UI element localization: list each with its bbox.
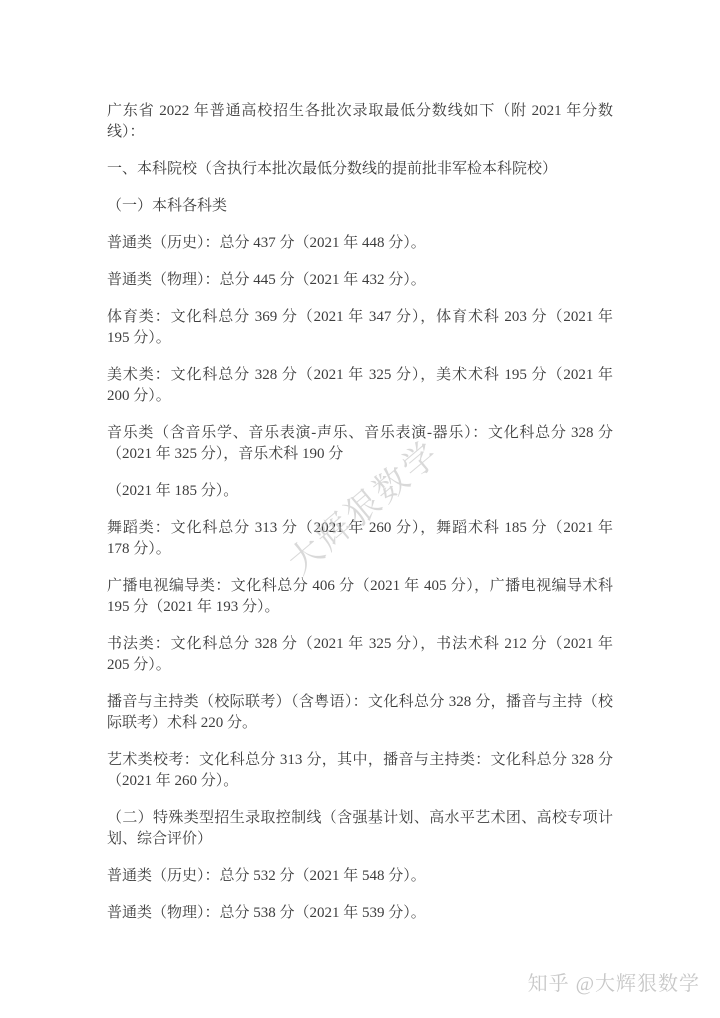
subsection-1-2-heading: （二）特殊类型招生录取控制线（含强基计划、高水平艺术团、高校专项计划、综合评价） (107, 808, 613, 850)
intro-line: 广东省 2022 年普通高校招生各批次录取最低分数线如下（附 2021 年分数线… (107, 101, 613, 143)
document-page: 广东省 2022 年普通高校招生各批次录取最低分数线如下（附 2021 年分数线… (0, 0, 720, 1018)
special-general-physics-line: 普通类（物理）：总分 538 分（2021 年 539 分）。 (107, 903, 613, 924)
calligraphy-line: 书法类：文化科总分 328 分（2021 年 325 分），书法术科 212 分… (107, 634, 613, 676)
section-1-heading: 一、本科院校（含执行本批次最低分数线的提前批非军检本科院校） (107, 159, 613, 180)
music-2021-line: （2021 年 185 分）。 (107, 481, 613, 502)
music-line: 音乐类（含音乐学、音乐表演-声乐、音乐表演-器乐）：文化科总分 328 分（20… (107, 423, 613, 465)
art-school-exam-line: 艺术类校考：文化科总分 313 分，其中，播音与主持类：文化科总分 328 分（… (107, 750, 613, 792)
fine-arts-line: 美术类：文化科总分 328 分（2021 年 325 分），美术术科 195 分… (107, 365, 613, 407)
general-physics-line: 普通类（物理）：总分 445 分（2021 年 432 分）。 (107, 270, 613, 291)
broadcast-editing-line: 广播电视编导类：文化科总分 406 分（2021 年 405 分），广播电视编导… (107, 576, 613, 618)
sports-line: 体育类：文化科总分 369 分（2021 年 347 分），体育术科 203 分… (107, 307, 613, 349)
document-body: 广东省 2022 年普通高校招生各批次录取最低分数线如下（附 2021 年分数线… (107, 101, 613, 940)
special-general-history-line: 普通类（历史）：总分 532 分（2021 年 548 分）。 (107, 866, 613, 887)
zhihu-watermark: 知乎 @大辉狠数学 (528, 967, 700, 996)
hosting-line: 播音与主持类（校际联考）（含粤语）：文化科总分 328 分，播音与主持（校际联考… (107, 692, 613, 734)
dance-line: 舞蹈类：文化科总分 313 分（2021 年 260 分），舞蹈术科 185 分… (107, 518, 613, 560)
general-history-line: 普通类（历史）：总分 437 分（2021 年 448 分）。 (107, 233, 613, 254)
subsection-1-1-heading: （一）本科各科类 (107, 196, 613, 217)
